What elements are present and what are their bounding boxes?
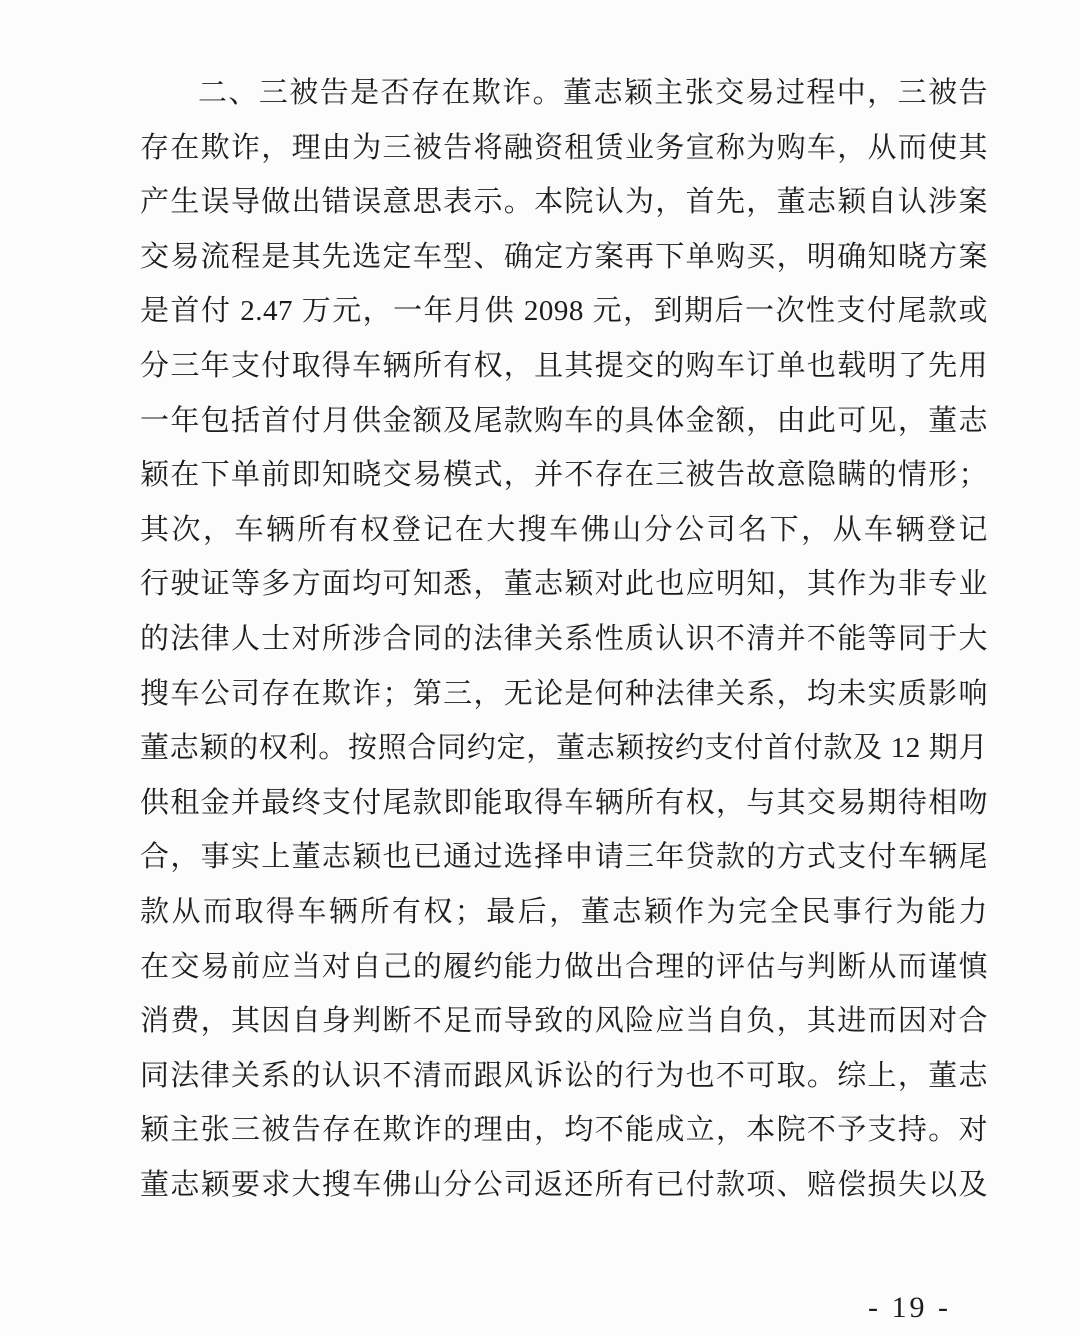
text-line: 供租金并最终支付尾款即能取得车辆所有权，与其交易期待相吻 [140,776,988,831]
text-line: 颖主张三被告存在欺诈的理由，均不能成立，本院不予支持。对 [140,1103,988,1158]
text-line: 分三年支付取得车辆所有权，且其提交的购车订单也载明了先用 [140,339,988,394]
judgment-text-block: 二、三被告是否存在欺诈。董志颖主张交易过程中，三被告 存在欺诈，理由为三被告将融… [140,66,988,1212]
text-line: 消费，其因自身判断不足而导致的风险应当自负，其进而因对合 [140,994,988,1049]
text-line: 交易流程是其先选定车型、确定方案再下单购买，明确知晓方案 [140,230,988,285]
text-line: 董志颖的权利。按照合同约定，董志颖按约支付首付款及 12 期月 [140,721,988,776]
text-line: 其次，车辆所有权登记在大搜车佛山分公司名下，从车辆登记证、 [140,503,988,558]
document-page: 二、三被告是否存在欺诈。董志颖主张交易过程中，三被告 存在欺诈，理由为三被告将融… [0,0,1080,1335]
text-line: 的法律人士对所涉合同的法律关系性质认识不清并不能等同于大 [140,612,988,667]
text-line: 是首付 2.47 万元，一年月供 2098 元，到期后一次性支付尾款或 [140,284,988,339]
text-line: 搜车公司存在欺诈；第三，无论是何种法律关系，均未实质影响 [140,667,988,722]
text-line: 存在欺诈，理由为三被告将融资租赁业务宣称为购车，从而使其 [140,121,988,176]
text-line: 行驶证等多方面均可知悉，董志颖对此也应明知，其作为非专业 [140,557,988,612]
text-line: 同法律关系的认识不清而跟风诉讼的行为也不可取。综上，董志 [140,1049,988,1104]
text-line: 在交易前应当对自己的履约能力做出合理的评估与判断从而谨慎 [140,940,988,995]
text-line: 合，事实上董志颖也已通过选择申请三年贷款的方式支付车辆尾 [140,830,988,885]
page-number: - 19 - [868,1292,951,1324]
text-line: 颖在下单前即知晓交易模式，并不存在三被告故意隐瞒的情形； [140,448,988,503]
text-line: 二、三被告是否存在欺诈。董志颖主张交易过程中，三被告 [140,66,988,121]
text-line: 一年包括首付月供金额及尾款购车的具体金额，由此可见，董志 [140,394,988,449]
text-line: 产生误导做出错误意思表示。本院认为，首先，董志颖自认涉案 [140,175,988,230]
text-line: 董志颖要求大搜车佛山分公司返还所有已付款项、赔偿损失以及 [140,1158,988,1213]
text-line: 款从而取得车辆所有权；最后，董志颖作为完全民事行为能力人， [140,885,988,940]
